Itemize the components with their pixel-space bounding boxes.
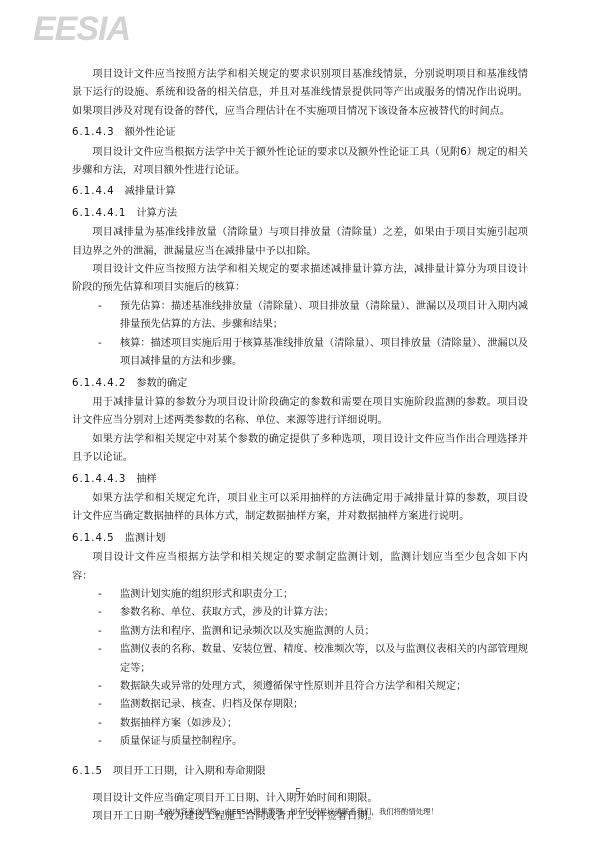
heading-6-1-4-4-2: 6.1.4.4.2参数的确定: [72, 375, 528, 393]
list-item: 监测仪表的名称、数量、安装位置、精度、校准频次等，以及与监测仪表相关的内部管理规…: [120, 641, 528, 678]
paragraph: 项目设计文件应当按照方法学和相关规定的要求描述减排量计算方法，减排量计算分为项目…: [72, 261, 528, 298]
list-item: 核算：描述项目实施后用于核算基准线排放量（清除量）、项目排放量（清除量）、泄漏以…: [120, 335, 528, 372]
heading-6-1-4-5: 6.1.4.5监测计划: [72, 530, 528, 548]
list-item: 监测数据记录、核查、归档及保存期限；: [120, 696, 528, 714]
baseline-paragraph: 项目设计文件应当按照方法学和相关规定的要求识别项目基准线情景，分别说明项目和基准…: [72, 66, 528, 121]
heading-6-1-4-4: 6.1.4.4减排量计算: [72, 183, 528, 201]
paragraph: 项目减排量为基准线排放量（清除量）与项目排放量（清除量）之差，如果由于项目实施引…: [72, 224, 528, 261]
bullet-list: 监测计划实施的组织形式和职责分工； 参数名称、单位、获取方式，涉及的计算方法； …: [72, 586, 528, 752]
list-item: 监测计划实施的组织形式和职责分工；: [120, 586, 528, 604]
list-item: 数据抽样方案（如涉及）；: [120, 715, 528, 733]
list-item: 质量保证与质量控制程序。: [120, 733, 528, 751]
list-item: 监测方法和程序、监测和记录频次以及实施监测的人员；: [120, 623, 528, 641]
heading-6-1-4-4-3: 6.1.4.4.3抽样: [72, 471, 528, 489]
document-body: 项目设计文件应当按照方法学和相关规定的要求识别项目基准线情景，分别说明项目和基准…: [72, 66, 528, 827]
list-item: 数据缺失或异常的处理方式，须遵循保守性原则并且符合方法学和相关规定；: [120, 678, 528, 696]
paragraph: 项目设计文件应当根据方法学中关于额外性论证的要求以及额外性论证工具（见附6）规定…: [72, 144, 528, 181]
heading-6-1-4-4-1: 6.1.4.4.1计算方法: [72, 205, 528, 223]
paragraph: 如果方法学和相关规定允许，项目业主可以采用抽样的方法确定用于减排量计算的参数，项…: [72, 490, 528, 527]
footer-disclaimer: 本文内容来自网络，由EESIA搜集整理，如有任何异议请联系我们，我们将酌情处理！: [0, 806, 596, 817]
heading-6-1-5: 6.1.5项目开工日期，计入期和寿命期限: [72, 763, 528, 781]
list-item: 预先估算：描述基准线排放量（清除量）、项目排放量（清除量）、泄漏以及项目计入期内…: [120, 298, 528, 335]
paragraph: 项目设计文件应当根据方法学和相关规定的要求制定监测计划，监测计划应当至少包含如下…: [72, 549, 528, 586]
eesia-logo: EESIA: [33, 10, 130, 49]
paragraph: 如果方法学和相关规定中对某个参数的确定提供了多种选项，项目设计文件应当作出合理选…: [72, 431, 528, 468]
list-item: 参数名称、单位、获取方式，涉及的计算方法；: [120, 604, 528, 622]
page-number: 5: [0, 786, 596, 798]
heading-6-1-4-3: 6.1.4.3额外性论证: [72, 124, 528, 142]
bullet-list: 预先估算：描述基准线排放量（清除量）、项目排放量（清除量）、泄漏以及项目计入期内…: [72, 298, 528, 372]
paragraph: 用于减排量计算的参数分为项目设计阶段确定的参数和需要在项目实施阶段监测的参数。项…: [72, 394, 528, 431]
